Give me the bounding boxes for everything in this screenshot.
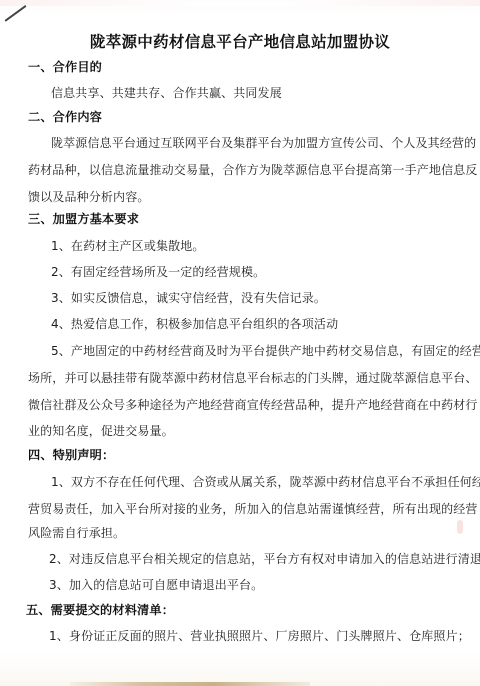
section-heading-declaration: 四、特别声明： — [28, 446, 114, 463]
list-item-continuation: 场所，并可以悬挂带有陇萃源中药材信息平台标志的门头牌，通过陇萃源信息平台、 — [28, 369, 478, 386]
list-item: 1、双方不存在任何代理、合资或从属关系，陇萃源中药材信息平台不承担任何经 — [51, 473, 480, 490]
list-item: 3、加入的信息站可自愿申请退出平台。 — [49, 576, 263, 593]
scan-smudge — [457, 520, 463, 534]
scan-tint — [0, 0, 480, 6]
list-item-continuation: 营贸易责任，加入平台所对接的业务，所加入的信息站需谨慎经营，所有出现的经营 — [28, 500, 478, 517]
section-line: 药材品种，以信息流量推动交易量，合作方为陇萃源信息平台提高第一手产地信息反 — [28, 161, 478, 178]
list-item-continuation: 风险需自行承担。 — [28, 524, 125, 541]
pen-stroke-mark — [4, 5, 26, 22]
list-item: 2、有固定经营场所及一定的经营规模。 — [51, 263, 265, 280]
list-item: 5、产地固定的中药材经营商及时为平台提供产地中药材交易信息，有固定的经营 — [51, 342, 480, 359]
scan-edge-strip — [70, 682, 310, 686]
list-item: 2、对违反信息平台相关规定的信息站，平台方有权对申请加入的信息站进行清退。 — [49, 550, 480, 567]
list-item: 4、热爱信息工作，积极参加信息平台组织的各项活动 — [51, 315, 338, 332]
section-line: 信息共享、共建共存、合作共赢、共同发展 — [51, 84, 282, 101]
section-line: 陇萃源信息平台通过互联网平台及集群平台为加盟方宣传公司、个人及其经营的 — [51, 134, 476, 151]
section-heading-materials: 五、需要提交的材料清单： — [26, 601, 174, 618]
list-item-continuation: 业的知名度，促进交易量。 — [28, 422, 174, 439]
section-heading-content: 二、合作内容 — [28, 108, 102, 125]
document-page: 陇萃源中药材信息平台产地信息站加盟协议 一、合作目的 信息共享、共建共存、合作共… — [0, 0, 480, 686]
list-item: 1、在药材主产区或集散地。 — [51, 237, 205, 254]
document-title: 陇萃源中药材信息平台产地信息站加盟协议 — [0, 30, 480, 52]
list-item: 1、身份证正反面的照片、营业执照照片、厂房照片、门头牌照片、仓库照片； — [49, 627, 470, 644]
list-item-continuation: 微信社群及公众号多种途径为产地经营商宣传经营品种，提升产地经营商在中药材行 — [28, 396, 478, 413]
section-heading-purpose: 一、合作目的 — [28, 58, 102, 75]
section-line: 馈以及品种分析内容。 — [28, 188, 150, 205]
list-item: 3、如实反馈信息，诚实守信经营，没有失信记录。 — [51, 289, 326, 306]
section-heading-requirements: 三、加盟方基本要求 — [28, 210, 139, 227]
